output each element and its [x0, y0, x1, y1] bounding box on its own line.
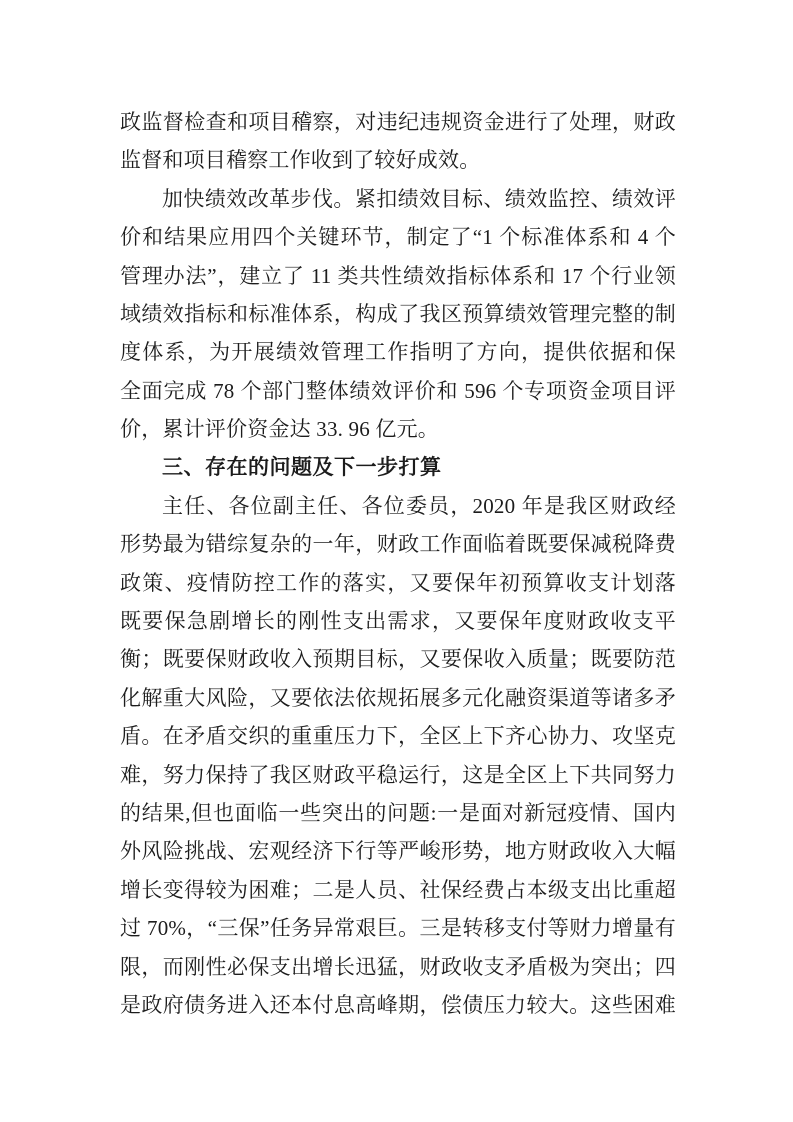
text-line: 全面完成 78 个部门整体绩效评价和 596 个专项资金项目评	[120, 372, 676, 410]
text-line: 既要保急剧增长的刚性支出需求，又要保年度财政收支平	[120, 602, 676, 640]
text-line: 外风险挑战、宏观经济下行等严峻形势，地方财政收入大幅	[120, 832, 676, 870]
text-line: 主任、各位副主任、各位委员，2020 年是我区财政经济	[120, 487, 676, 525]
text-line: 价，累计评价资金达 33. 96 亿元。	[120, 410, 676, 448]
text-line: 政监督检查和项目稽察，对违纪违规资金进行了处理，财政	[120, 103, 676, 141]
text-line: 的结果,但也面临一些突出的问题:一是面对新冠疫情、国内	[120, 794, 676, 832]
document-text-block: 政监督检查和项目稽察，对违纪违规资金进行了处理，财政监督和项目稽察工作收到了较好…	[120, 103, 676, 1024]
text-line: 限，而刚性必保支出增长迅猛，财政收支矛盾极为突出；四	[120, 948, 676, 986]
document-page: 政监督检查和项目稽察，对违纪违规资金进行了处理，财政监督和项目稽察工作收到了较好…	[0, 0, 793, 1122]
text-line: 形势最为错综复杂的一年，财政工作面临着既要保减税降费	[120, 525, 676, 563]
text-line: 加快绩效改革步伐。紧扣绩效目标、绩效监控、绩效评	[120, 180, 676, 218]
text-line: 是政府债务进入还本付息高峰期，偿债压力较大。这些困难	[120, 986, 676, 1024]
text-line: 衡；既要保财政收入预期目标，又要保收入质量；既要防范	[120, 640, 676, 678]
text-line: 监督和项目稽察工作收到了较好成效。	[120, 141, 676, 179]
text-line: 增长变得较为困难；二是人员、社保经费占本级支出比重超	[120, 871, 676, 909]
text-line: 化解重大风险，又要依法依规拓展多元化融资渠道等诸多矛	[120, 679, 676, 717]
text-line: 管理办法”，建立了 11 类共性绩效指标体系和 17 个行业领	[120, 257, 676, 295]
text-line: 难，努力保持了我区财政平稳运行，这是全区上下共同努力	[120, 756, 676, 794]
text-line: 过 70%，“三保”任务异常艰巨。三是转移支付等财力增量有	[120, 909, 676, 947]
text-line: 价和结果应用四个关键环节，制定了“1 个标准体系和 4 个	[120, 218, 676, 256]
text-line: 度体系，为开展绩效管理工作指明了方向，提供依据和保障。	[120, 333, 676, 371]
text-line: 盾。在矛盾交织的重重压力下，全区上下齐心协力、攻坚克	[120, 717, 676, 755]
text-line: 域绩效指标和标准体系，构成了我区预算绩效管理完整的制	[120, 295, 676, 333]
text-line: 政策、疫情防控工作的落实，又要保年初预算收支计划落实；	[120, 564, 676, 602]
section-heading: 三、存在的问题及下一步打算	[120, 449, 676, 487]
